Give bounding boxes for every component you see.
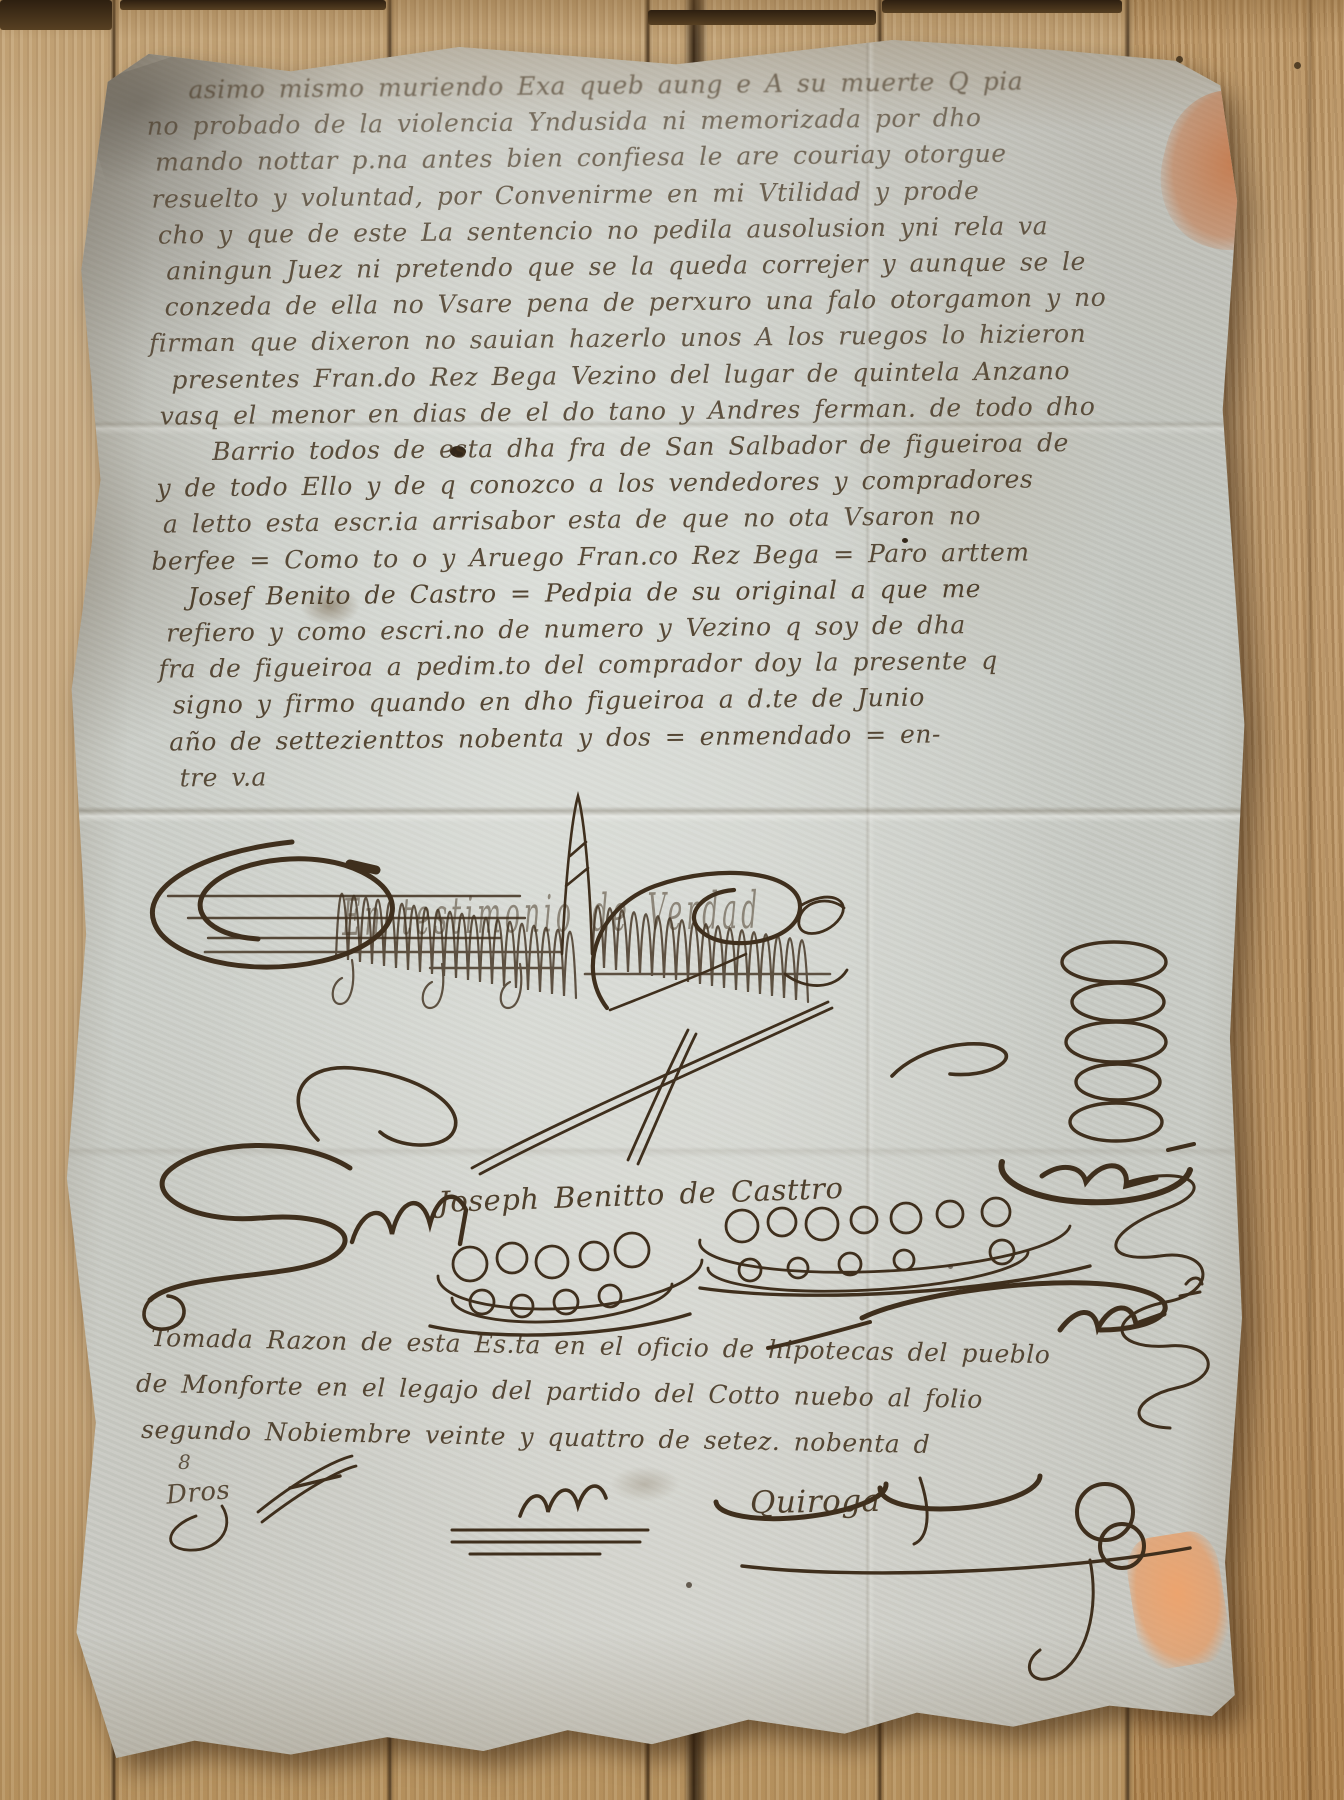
right-stacked-oval-rubric	[1001, 942, 1194, 1202]
plank-end-shadow	[882, 0, 1122, 13]
attestation-tall-spike	[562, 796, 592, 954]
manuscript-page: asimo mismo muriendo Exa queb aung e A s…	[50, 26, 1254, 1772]
manuscript-sheet-wrapper: asimo mismo muriendo Exa queb aung e A s…	[50, 26, 1254, 1772]
pen-flourishes	[50, 26, 1254, 1772]
fees-flourish	[171, 1456, 356, 1550]
bead-chain-right	[700, 1198, 1090, 1295]
attestation-penwork-comb	[205, 894, 830, 1008]
signature-slash-strokes	[298, 1002, 1006, 1174]
bead-chain-left	[430, 1233, 702, 1335]
plank-end-shadow	[648, 10, 876, 25]
photograph-of-manuscript: { "scene": { "description": "aged handwr…	[0, 0, 1344, 1800]
nail-head	[1294, 62, 1301, 69]
plank-end-shadow	[120, 0, 386, 10]
registrar-signature-penwork	[452, 1476, 1190, 1679]
left-big-flourish	[144, 1145, 466, 1329]
